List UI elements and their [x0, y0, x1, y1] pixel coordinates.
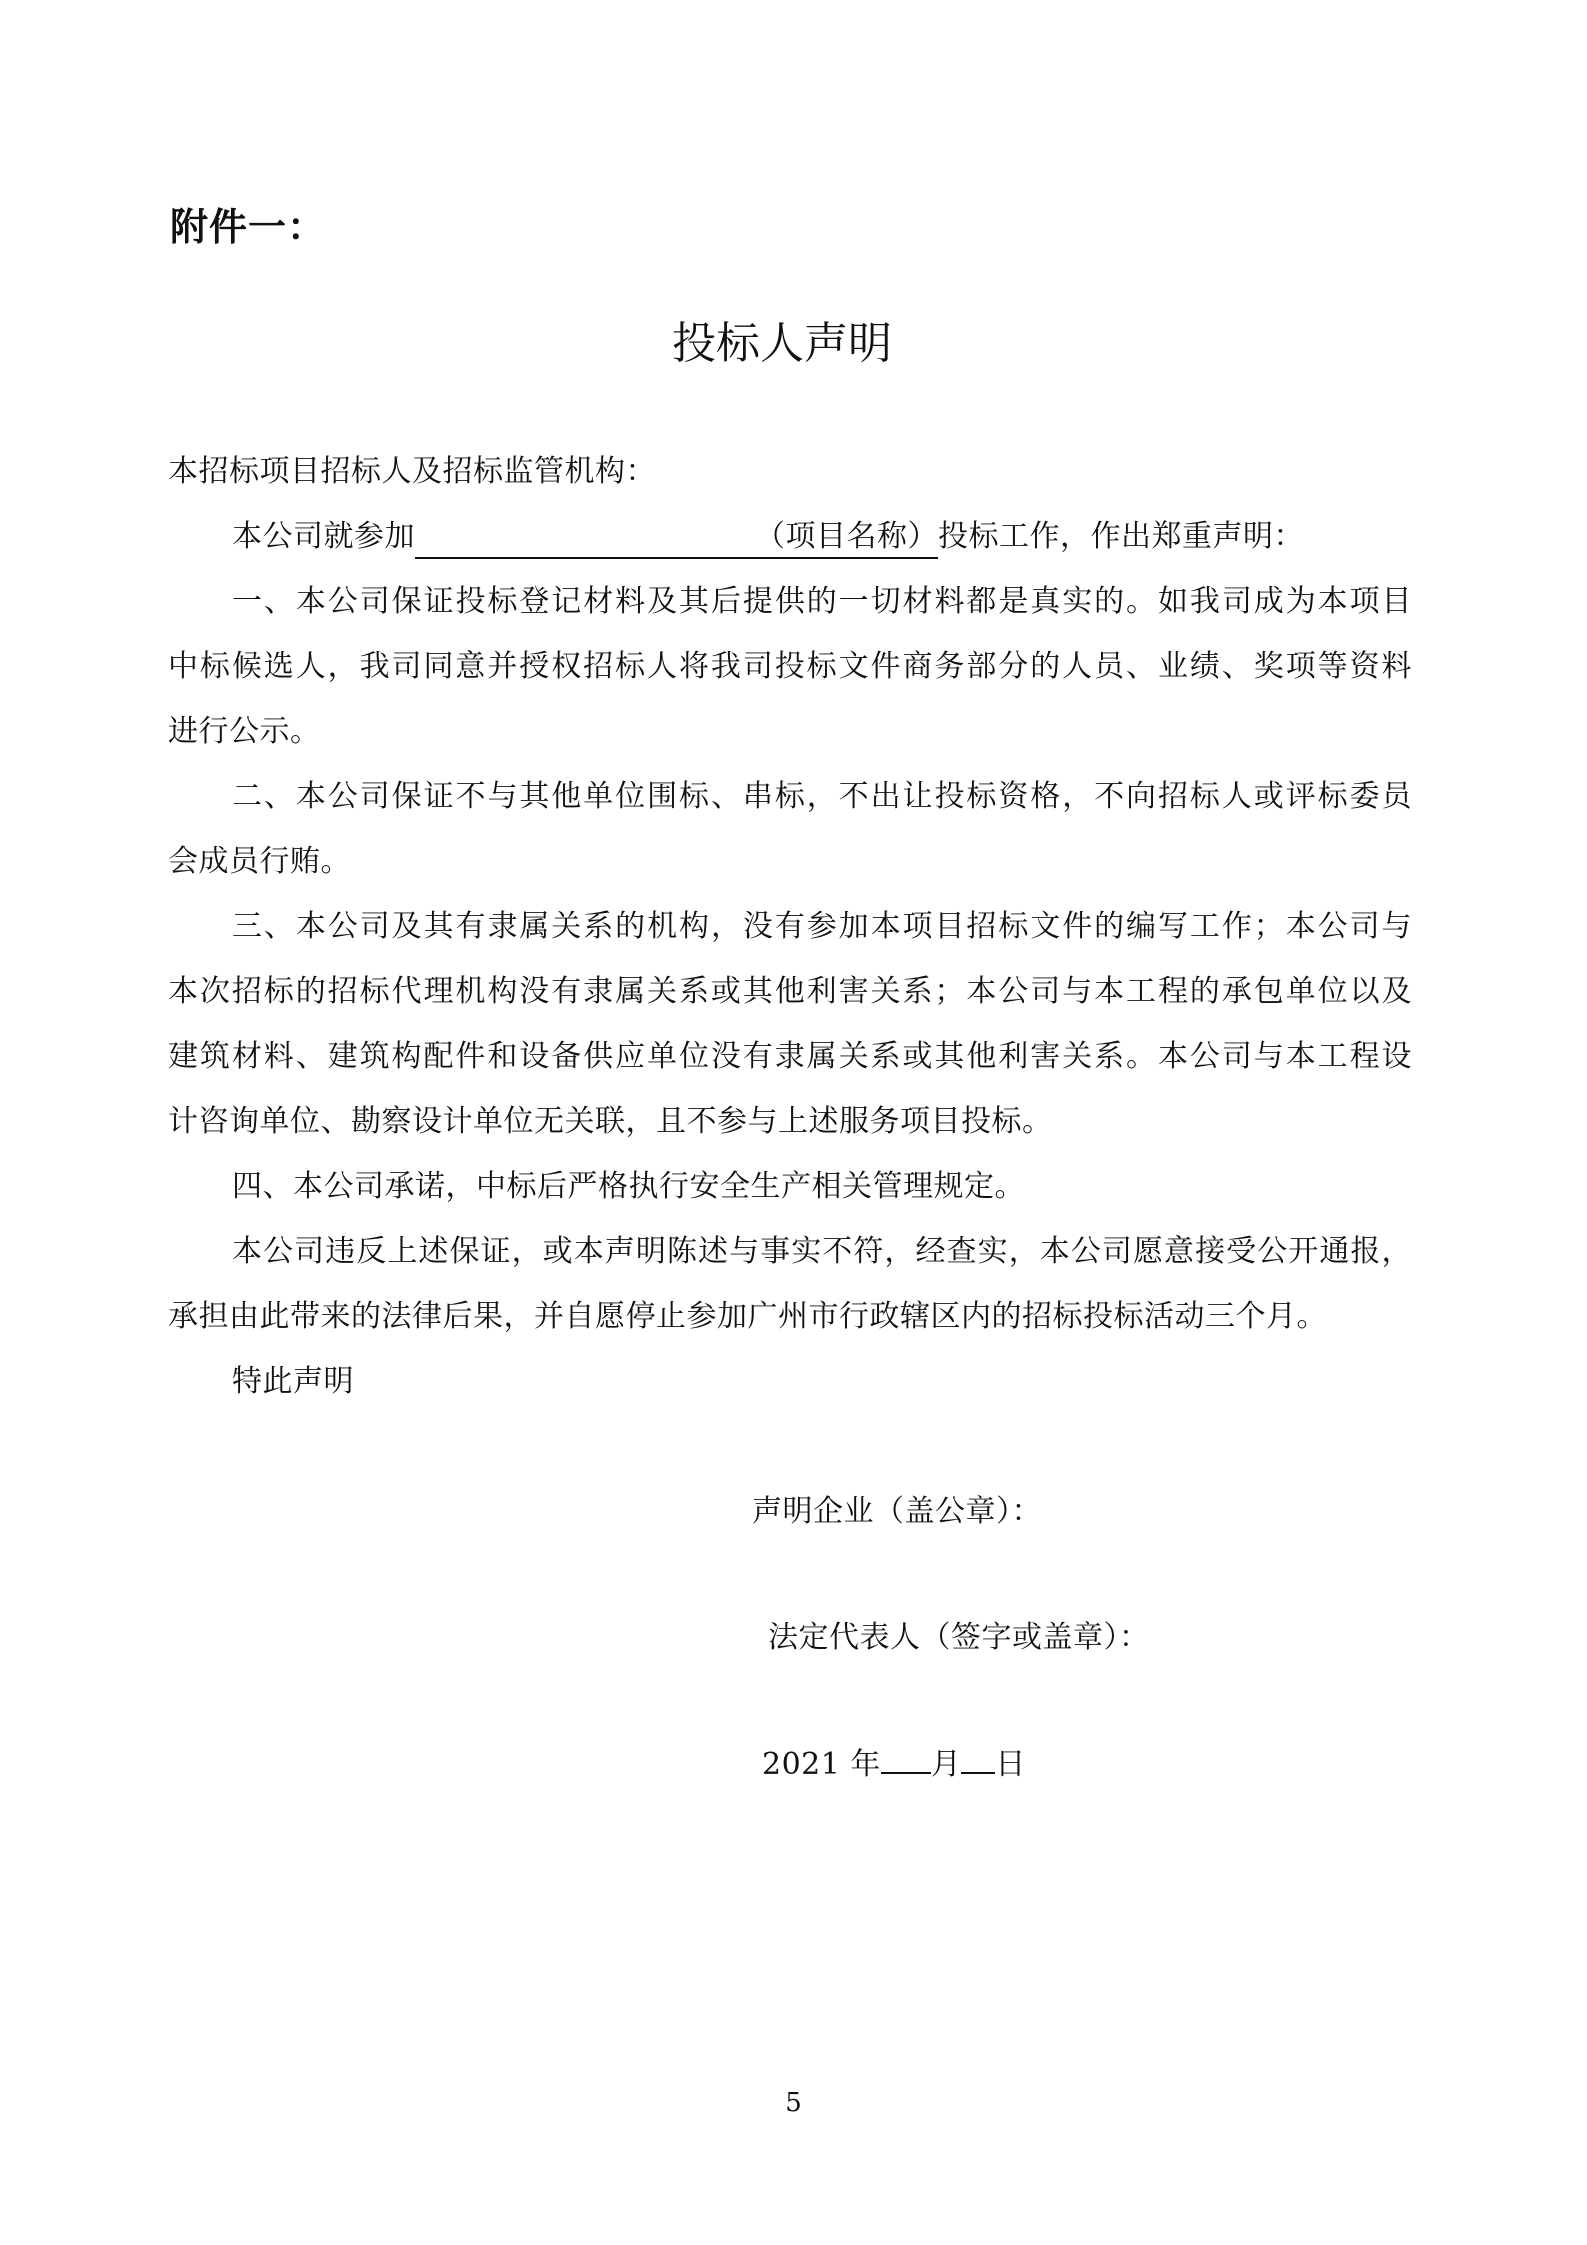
clause1-line: 中标候选人，我司同意并授权招标人将我司投标文件商务部分的人员、业绩、奖项等资料: [168, 647, 1412, 687]
date-day-label: 日: [995, 1747, 1026, 1782]
clause1-line: 一、本公司保证投标登记材料及其后提供的一切材料都是真实的。如我司成为本项目: [232, 582, 1412, 622]
clause3-line: 计咨询单位、勘察设计单位无关联，且不参与上述服务项目投标。: [168, 1102, 1412, 1142]
date-month-label: 月: [931, 1747, 962, 1782]
closing-text: 特此声明: [232, 1362, 1412, 1402]
legal-rep-signature-label: 法定代表人（签字或盖章）：: [768, 1618, 1150, 1658]
clause2-line: 会成员行贿。: [168, 842, 1412, 882]
company-seal-label: 声明企业（盖公章）：: [752, 1492, 1042, 1532]
salutation: 本招标项目招标人及招标监管机构：: [168, 452, 1412, 492]
day-blank[interactable]: [961, 1742, 995, 1774]
date-line: 2021 年月日: [762, 1742, 1026, 1785]
document-title: 投标人声明: [0, 316, 1587, 372]
intro-line: 本公司就参加（项目名称）投标工作，作出郑重声明：: [232, 517, 1412, 559]
penalty-line: 承担由此带来的法律后果，并自愿停止参加广州市行政辖区内的招标投标活动三个月。: [168, 1297, 1412, 1337]
intro-prefix: 本公司就参加: [232, 519, 415, 554]
clause4-line: 四、本公司承诺，中标后严格执行安全生产相关管理规定。: [232, 1167, 1412, 1207]
clause3-line: 建筑材料、建筑构配件和设备供应单位没有隶属关系或其他利害关系。本公司与本工程设: [168, 1037, 1412, 1077]
penalty-line: 本公司违反上述保证，或本声明陈述与事实不符，经查实，本公司愿意接受公开通报，: [232, 1232, 1412, 1272]
month-blank[interactable]: [881, 1742, 931, 1774]
clause3-line: 本次招标的招标代理机构没有隶属关系或其他利害关系；本公司与本工程的承包单位以及: [168, 972, 1412, 1012]
clause3-line: 三、本公司及其有隶属关系的机构，没有参加本项目招标文件的编写工作；本公司与: [232, 907, 1412, 947]
clause1-line: 进行公示。: [168, 712, 1412, 752]
project-name-placeholder: （项目名称）: [755, 519, 938, 554]
attachment-label: 附件一：: [170, 203, 326, 251]
document-title-text: 投标人声明: [672, 316, 892, 372]
page-number: 5: [0, 2086, 1587, 2120]
intro-suffix: 投标工作，作出郑重声明：: [938, 519, 1304, 554]
date-year: 2021 年: [762, 1747, 881, 1782]
clause2-line: 二、本公司保证不与其他单位围标、串标，不出让投标资格，不向招标人或评标委员: [232, 777, 1412, 817]
project-name-blank[interactable]: （项目名称）: [415, 517, 938, 559]
